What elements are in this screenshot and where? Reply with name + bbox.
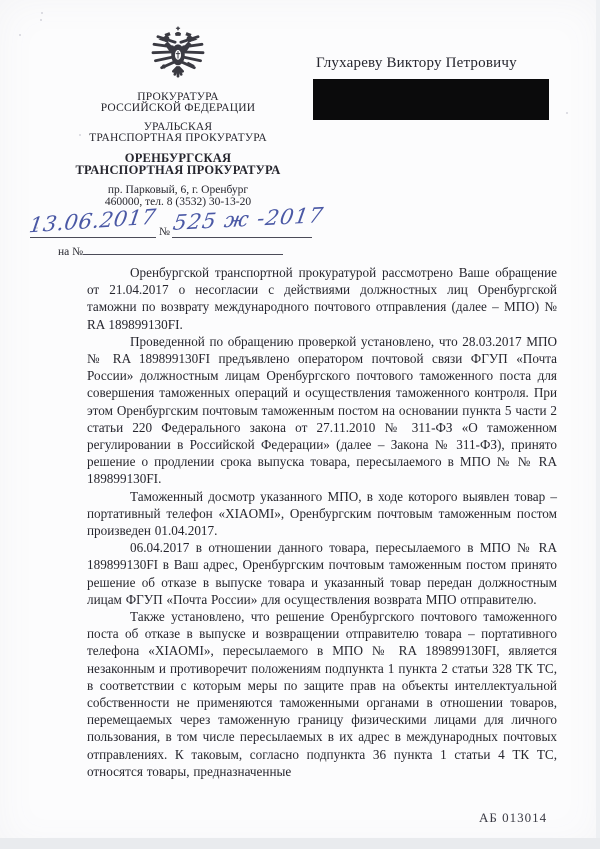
org-address-line1: пр. Парковый, 6, г. Оренбург bbox=[28, 184, 328, 196]
letterhead: ПРОКУРАТУРА РОССИЙСКОЙ ФЕДЕРАЦИИ УРАЛЬСК… bbox=[28, 24, 328, 208]
blank-form-number: АБ 013014 bbox=[479, 810, 547, 826]
scan-speck bbox=[40, 19, 42, 21]
org-ural: УРАЛЬСКАЯ ТРАНСПОРТНАЯ ПРОКУРАТУРА bbox=[28, 122, 328, 144]
reference-line: № 13.06.2017 525 ж -2017 на № bbox=[28, 206, 328, 258]
reply-to-underline bbox=[83, 244, 283, 255]
org-federation-line2: РОССИЙСКОЙ ФЕДЕРАЦИИ bbox=[28, 103, 328, 114]
org-orenburg-line2: ТРАНСПОРТНАЯ ПРОКУРАТУРА bbox=[28, 164, 328, 176]
scan-edge-artifact-right bbox=[596, 0, 600, 849]
reply-to-label: на № bbox=[58, 246, 83, 258]
scan-speck bbox=[36, 227, 38, 229]
scan-speck bbox=[41, 12, 43, 14]
paragraph-3: Таможенный досмотр указанного МПО, в ход… bbox=[87, 488, 557, 540]
paragraph-4: 06.04.2017 в отношении данного товара, п… bbox=[87, 539, 557, 608]
paragraph-2: Проведенной по обращению проверкой устан… bbox=[87, 333, 557, 488]
redacted-address-block bbox=[313, 79, 549, 120]
scan-speck bbox=[19, 34, 21, 36]
handwritten-number: 525 ж -2017 bbox=[171, 203, 325, 235]
org-ural-line2: ТРАНСПОРТНАЯ ПРОКУРАТУРА bbox=[28, 133, 328, 144]
date-underline bbox=[30, 237, 156, 238]
russian-coat-of-arms-icon bbox=[147, 26, 209, 80]
scan-speck bbox=[566, 112, 568, 114]
org-orenburg: ОРЕНБУРГСКАЯ ТРАНСПОРТНАЯ ПРОКУРАТУРА bbox=[28, 152, 328, 176]
scanned-letter-page: ПРОКУРАТУРА РОССИЙСКОЙ ФЕДЕРАЦИИ УРАЛЬСК… bbox=[0, 0, 600, 849]
paragraph-1: Оренбургской транспортной прокуратурой р… bbox=[87, 264, 557, 333]
number-underline bbox=[172, 237, 312, 238]
reply-to-line: на № bbox=[58, 244, 283, 258]
scan-speck bbox=[79, 134, 81, 136]
letter-body: Оренбургской транспортной прокуратурой р… bbox=[87, 264, 557, 780]
recipient-name: Глухареву Виктору Петровичу bbox=[316, 55, 517, 72]
org-federation: ПРОКУРАТУРА РОССИЙСКОЙ ФЕДЕРАЦИИ bbox=[28, 92, 328, 114]
handwritten-date: 13.06.2017 bbox=[28, 205, 158, 238]
number-sign: № bbox=[159, 226, 170, 238]
scan-edge-artifact-bottom bbox=[0, 838, 600, 849]
paragraph-5: Также установлено, что решение Оренбургс… bbox=[87, 608, 557, 780]
